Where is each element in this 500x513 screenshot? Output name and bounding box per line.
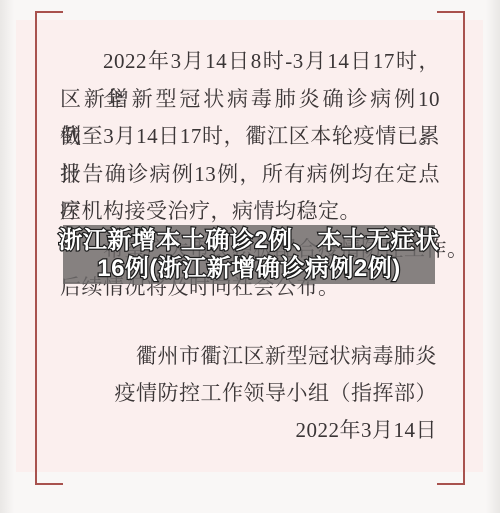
notice-photo: 2022年3月14日8时-3月14日17时，全区新增新型冠状病毒肺炎确诊病例10… bbox=[0, 0, 500, 513]
signature-block: 衢州市衢江区新型冠状病毒肺炎疫情防控工作领导小组（指挥部）2022年3月14日 bbox=[57, 338, 437, 450]
notice-body-line: 2022年3月14日8时-3月14日17时，全 bbox=[60, 43, 440, 81]
signature-line: 2022年3月14日 bbox=[57, 412, 437, 449]
frame-tick-bottom-left bbox=[35, 483, 63, 485]
notice-body-line: 报告确诊病例13例，所有病例均在定点医 bbox=[60, 156, 440, 194]
notice-body-line: 截至3月14日17时，衢江区本轮疫情已累计 bbox=[60, 118, 440, 156]
signature-line: 衢州市衢江区新型冠状病毒肺炎 bbox=[57, 338, 437, 375]
headline-overlay: 浙江新增本土确诊2例、本土无症状 16例(浙江新增确诊病例2例) bbox=[63, 225, 435, 284]
headline-line-2: 16例(浙江新增确诊病例2例) bbox=[97, 255, 401, 283]
frame-tick-bottom-right bbox=[437, 483, 465, 485]
notice-body-line: 区新增新型冠状病毒肺炎确诊病例10例。 bbox=[60, 81, 440, 119]
frame-tick-top-left bbox=[35, 11, 63, 13]
signature-line: 疫情防控工作领导小组（指挥部） bbox=[57, 375, 437, 412]
frame-line-left bbox=[35, 11, 37, 485]
frame-tick-top-right bbox=[437, 11, 465, 13]
headline-line-1: 浙江新增本土确诊2例、本土无症状 bbox=[58, 227, 439, 255]
